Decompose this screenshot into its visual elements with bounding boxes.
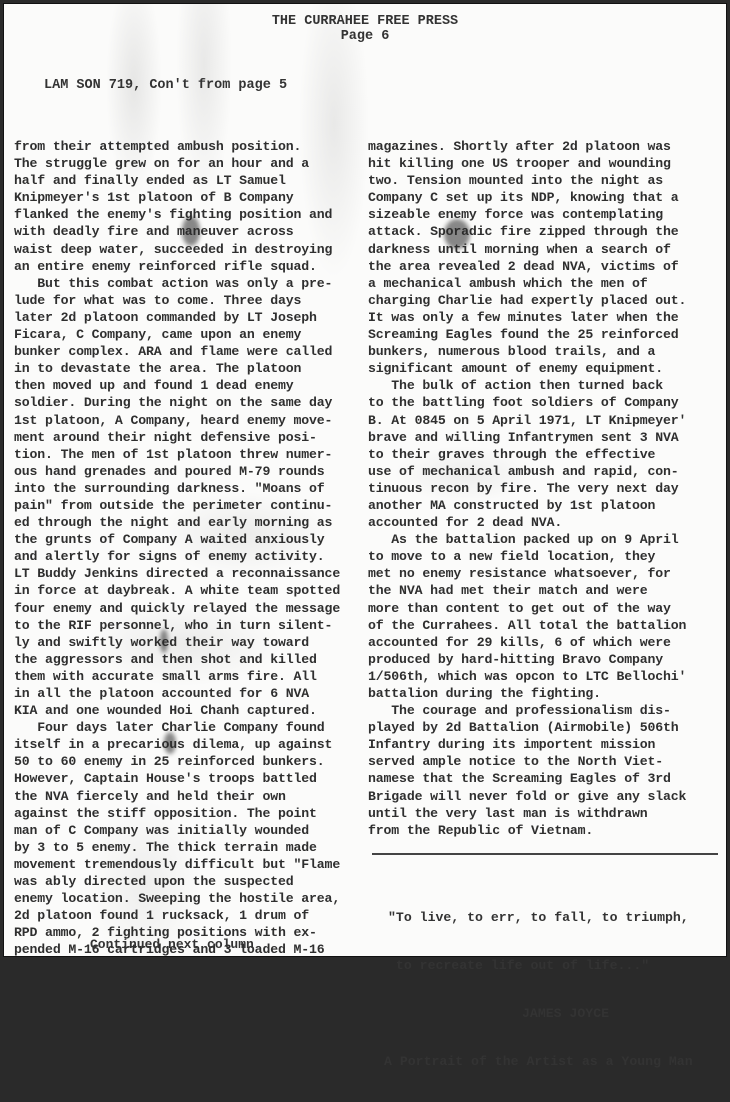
text-line: the area revealed 2 dead NVA, victims of: [368, 258, 718, 275]
continued-note: Continued next column: [90, 937, 254, 952]
text-line: two. Tension mounted into the night as: [368, 172, 718, 189]
text-line: pain" from outside the perimeter continu…: [14, 497, 366, 514]
text-line: into the surrounding darkness. "Moans of: [14, 480, 366, 497]
text-line: movement tremendously difficult but "Fla…: [14, 856, 366, 873]
text-line: The bulk of action then turned back: [368, 377, 718, 394]
text-line: and alertly for signs of enemy activity.: [14, 548, 366, 565]
epigraph-quote: "To live, to err, to fall, to triumph, t…: [388, 878, 693, 960]
text-line: the NVA had met their match and were: [368, 582, 718, 599]
text-line: darkness until morning when a search of: [368, 241, 718, 258]
text-line: bunker complex. ARA and flame were calle…: [14, 343, 366, 360]
text-line: As the battalion packed up on 9 April: [368, 531, 718, 548]
divider-rule: [372, 853, 718, 855]
ink-blot: [164, 732, 176, 754]
text-line: in all the platoon accounted for 6 NVA: [14, 685, 366, 702]
text-line: brave and willing Infantrymen sent 3 NVA: [368, 429, 718, 446]
text-line: charging Charlie had expertly placed out…: [368, 292, 718, 309]
publication-title: THE CURRAHEE FREE PRESS: [4, 14, 726, 29]
text-line: to the RIF personnel, who in turn silent…: [14, 617, 366, 634]
text-line: itself in a precarious dilema, up agains…: [14, 736, 366, 753]
text-line: namese that the Screaming Eagles of 3rd: [368, 770, 718, 787]
text-line: Four days later Charlie Company found: [14, 719, 366, 736]
text-line: battalion during the fighting.: [368, 685, 718, 702]
text-line: 2d platoon found 1 rucksack, 1 drum of: [14, 907, 366, 924]
quote-line-1: "To live, to err, to fall, to triumph,: [388, 910, 693, 926]
text-line: produced by hard-hitting Bravo Company: [368, 651, 718, 668]
text-line: Infantry during its importent mission: [368, 736, 718, 753]
text-line: tion. The men of 1st platoon threw numer…: [14, 446, 366, 463]
text-line: sizeable enemy force was contemplating: [368, 206, 718, 223]
article-kicker: LAM SON 719, Con't from page 5: [44, 78, 287, 93]
newsletter-page: THE CURRAHEE FREE PRESS Page 6 LAM SON 7…: [3, 3, 727, 957]
text-line: to the battling foot soldiers of Company: [368, 394, 718, 411]
ink-blot: [160, 629, 168, 653]
text-line: soldier. During the night on the same da…: [14, 394, 366, 411]
text-line: half and finally ended as LT Samuel: [14, 172, 366, 189]
text-line: to their graves through the effective: [368, 446, 718, 463]
text-line: The courage and professionalism dis-: [368, 702, 718, 719]
text-line: It was only a few minutes later when the: [368, 309, 718, 326]
text-line: the grunts of Company A waited anxiously: [14, 531, 366, 548]
text-line: ly and swiftly worked their way toward: [14, 634, 366, 651]
text-line: lude for what was to come. Three days: [14, 292, 366, 309]
text-line: 1st platoon, A Company, heard enemy move…: [14, 412, 366, 429]
text-line: B. At 0845 on 5 April 1971, LT Knipmeyer…: [368, 412, 718, 429]
text-line: But this combat action was only a pre-: [14, 275, 366, 292]
text-line: tinuous recon by fire. The very next day: [368, 480, 718, 497]
page-number: Page 6: [4, 29, 726, 44]
text-line: Company C set up its NDP, knowing that a: [368, 189, 718, 206]
ink-blot: [182, 216, 200, 246]
text-line: of the Currahees. All total the battalio…: [368, 617, 718, 634]
text-line: use of mechanical ambush and rapid, con-: [368, 463, 718, 480]
text-line: from their attempted ambush position.: [14, 138, 366, 155]
text-line: an entire enemy reinforced rifle squad.: [14, 258, 366, 275]
text-line: magazines. Shortly after 2d platoon was: [368, 138, 718, 155]
text-line: four enemy and quickly relayed the messa…: [14, 600, 366, 617]
text-line: from the Republic of Vietnam.: [368, 822, 718, 839]
text-line: attack. Sporadic fire zipped through the: [368, 223, 718, 240]
text-line: the NVA fiercely and held their own: [14, 788, 366, 805]
text-line: ment around their night defensive posi-: [14, 429, 366, 446]
text-line: Brigade will never fold or give any slac…: [368, 788, 718, 805]
text-line: enemy location. Sweeping the hostile are…: [14, 890, 366, 907]
text-line: served ample notice to the North Viet-: [368, 753, 718, 770]
text-line: accounted for 29 kills, 6 of which were: [368, 634, 718, 651]
text-line: was ably directed upon the suspected: [14, 873, 366, 890]
text-line: more than content to get out of the way: [368, 600, 718, 617]
text-line: The struggle grew on for an hour and a: [14, 155, 366, 172]
ink-blot: [444, 219, 470, 249]
text-line: a mechanical ambush which the men of: [368, 275, 718, 292]
text-line: the aggressors and then shot and killed: [14, 651, 366, 668]
text-line: bunkers, numerous blood trails, and a: [368, 343, 718, 360]
text-line: Ficara, C Company, came upon an enemy: [14, 326, 366, 343]
text-line: to move to a new field location, they: [368, 548, 718, 565]
text-line: Screaming Eagles found the 25 reinforced: [368, 326, 718, 343]
text-line: accounted for 2 dead NVA.: [368, 514, 718, 531]
text-line: 50 to 60 enemy in 25 reinforced bunkers.: [14, 753, 366, 770]
text-line: in force at daybreak. A white team spott…: [14, 582, 366, 599]
text-line: man of C Company was initially wounded: [14, 822, 366, 839]
text-line: until the very last man is withdrawn: [368, 805, 718, 822]
text-line: then moved up and found 1 dead enemy: [14, 377, 366, 394]
text-line: played by 2d Battalion (Airmobile) 506th: [368, 719, 718, 736]
text-line: KIA and one wounded Hoi Chanh captured.: [14, 702, 366, 719]
text-line: significant amount of enemy equipment.: [368, 360, 718, 377]
text-line: Knipmeyer's 1st platoon of B Company: [14, 189, 366, 206]
text-line: However, Captain House's troops battled: [14, 770, 366, 787]
text-line: met no enemy resistance whatsoever, for: [368, 565, 718, 582]
text-line: them with accurate small arms fire. All: [14, 668, 366, 685]
text-line: 1/506th, which was opcon to LTC Bellochi…: [368, 668, 718, 685]
text-line: against the stiff opposition. The point: [14, 805, 366, 822]
text-line: later 2d platoon commanded by LT Joseph: [14, 309, 366, 326]
right-column: magazines. Shortly after 2d platoon wash…: [368, 138, 718, 839]
left-column: from their attempted ambush position.The…: [14, 138, 366, 959]
text-line: ed through the night and early morning a…: [14, 514, 366, 531]
text-line: another MA constructed by 1st platoon: [368, 497, 718, 514]
text-line: by 3 to 5 enemy. The thick terrain made: [14, 839, 366, 856]
text-line: hit killing one US trooper and wounding: [368, 155, 718, 172]
text-line: in to devastate the area. The platoon: [14, 360, 366, 377]
masthead: THE CURRAHEE FREE PRESS Page 6: [4, 14, 726, 44]
text-line: LT Buddy Jenkins directed a reconnaissan…: [14, 565, 366, 582]
text-line: ous hand grenades and poured M-79 rounds: [14, 463, 366, 480]
